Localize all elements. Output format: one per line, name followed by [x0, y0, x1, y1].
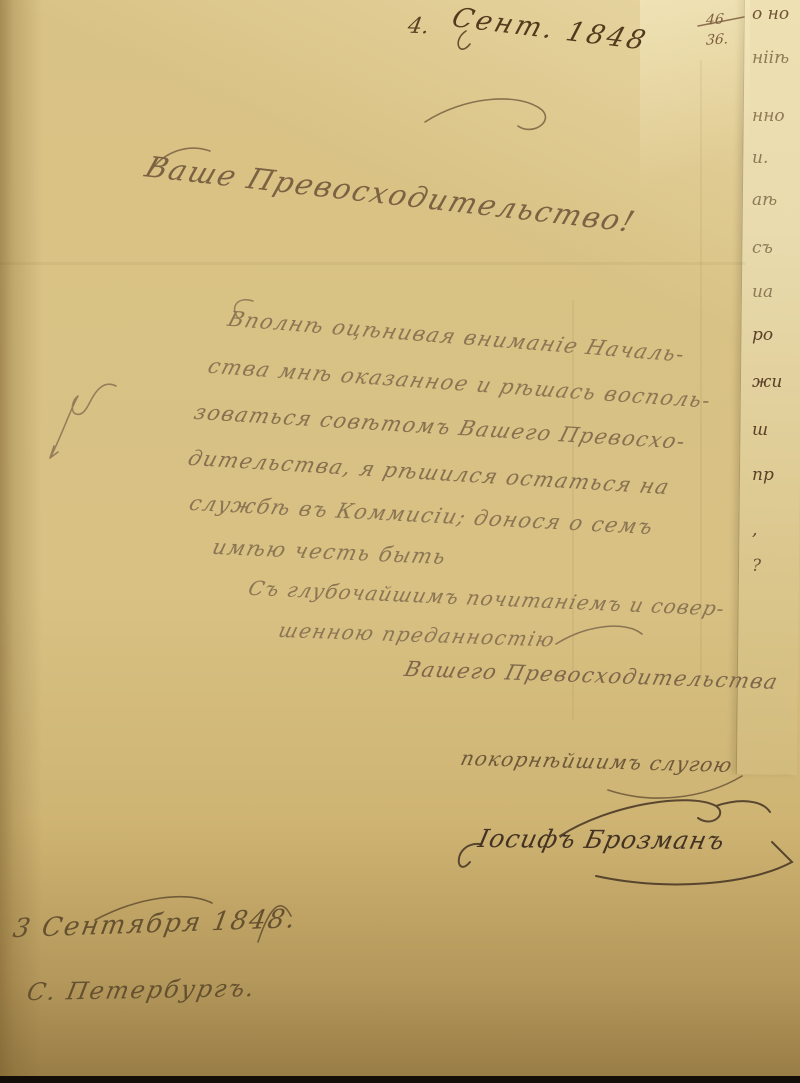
edge-text-fragment: , — [752, 520, 800, 540]
scan-bottom-edge — [0, 1076, 800, 1083]
horizontal-fold-crease — [0, 262, 746, 265]
edge-text-fragment: иа — [752, 282, 800, 302]
edge-text-fragment: пр — [752, 465, 800, 485]
edge-text-fragment: аѣ — [752, 190, 800, 210]
edge-text-fragment: нііѣ — [752, 48, 800, 68]
edge-text-fragment: жи — [752, 372, 800, 392]
vertical-fold-crease — [700, 60, 702, 680]
edge-text-fragment: ? — [752, 556, 800, 576]
place-line: С. Петербургъ. — [25, 974, 259, 1006]
edge-text-fragment: и. — [752, 148, 800, 168]
edge-text-fragment: нно — [752, 106, 800, 126]
registry-doc-number: 4. — [406, 14, 431, 40]
paper-corner-highlight — [640, 0, 750, 250]
scanned-letter-page: 4. Сент. 1848 46 36. Ваше Превосходитель… — [0, 0, 800, 1083]
edge-text-fragment: ш — [752, 420, 800, 440]
folio-number-crossed: 46 — [705, 11, 724, 28]
edge-text-fragment: о но — [752, 4, 800, 24]
edge-text-fragment: ро — [752, 325, 800, 345]
edge-text-fragment: съ — [752, 238, 800, 258]
folio-number: 36. — [705, 31, 728, 49]
signature-text: Іосифъ Брозманъ — [476, 824, 728, 855]
